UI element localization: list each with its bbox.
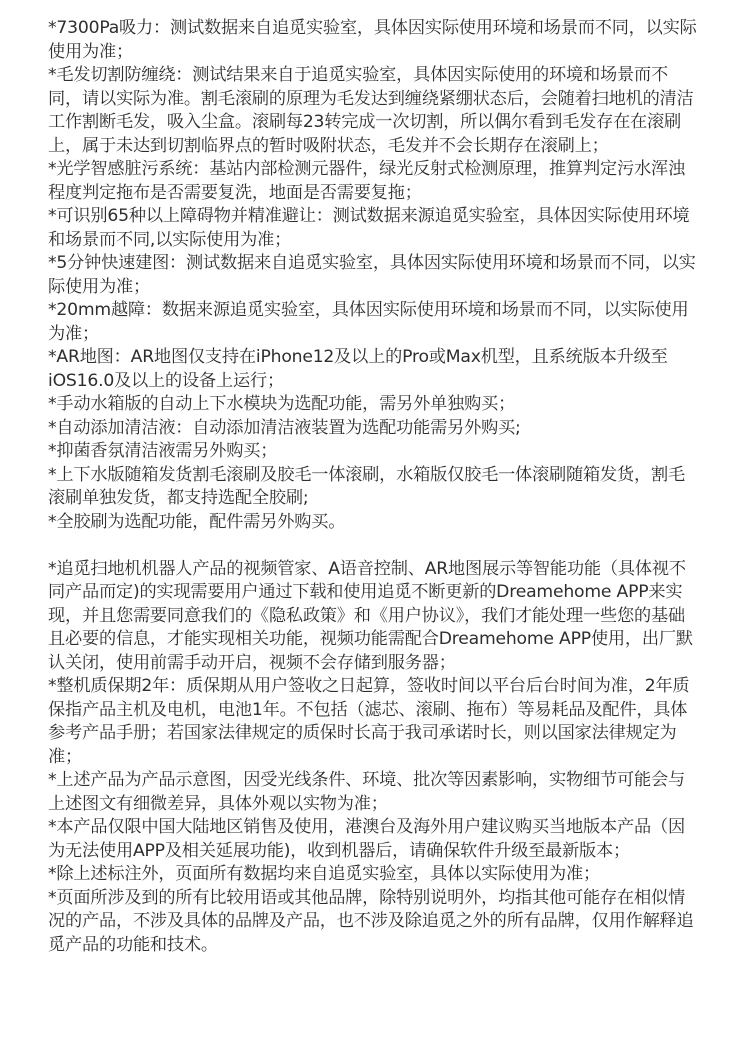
note-quick-mapping: *5分钟快速建图：测试数据来自追觅实验室，具体因实际使用环境和场景而不同，以实 … (48, 252, 708, 299)
legal-notes: *追觅扫地机机器人产品的视频管家、A语音控制、AR地图展示等智能功能（具体视不 … (48, 558, 708, 958)
note-auto-detergent: *自动添加清洁液：自动添加清洁液装置为选配功能需另外购买; (48, 417, 708, 441)
note-comparison-terms: *页面所涉及到的所有比较用语或其他品牌，除特别说明外，均指其他可能存在相似情 况… (48, 887, 708, 958)
note-warranty: *整机质保期2年：质保期从用户签收之日起算，签收时间以平台后台时间为准，2年质 … (48, 675, 708, 769)
note-brush-shipping: *上下水版随箱发货割毛滚刷及胶毛一体滚刷，水箱版仅胶毛一体滚刷随箱发货，割毛 滚… (48, 464, 708, 511)
note-obstacle-avoidance: *可识别65种以上障碍物并精准避让：测试数据来源追觅实验室，具体因实际使用环境 … (48, 205, 708, 252)
note-antibacterial-detergent: *抑菌香氛清洁液需另外购买； (48, 440, 708, 464)
note-suction: *7300Pa吸力：测试数据来自追觅实验室，具体因实际使用环境和场景而不同，以实… (48, 17, 708, 64)
note-smart-features-app: *追觅扫地机机器人产品的视频管家、A语音控制、AR地图展示等智能功能（具体视不 … (48, 558, 708, 676)
note-hair-cutting: *毛发切割防缠绕：测试结果来自于追觅实验室，具体因实际使用的环境和场景而不 同，… (48, 64, 708, 158)
note-water-module: *手动水箱版的自动上下水模块为选配功能，需另外单独购买； (48, 393, 708, 417)
note-product-images: *上述产品为产品示意图，因受光线条件、环境、批次等因素影响，实物细节可能会与 上… (48, 769, 708, 816)
note-data-source: *除上述标注外，页面所有数据均来自追觅实验室，具体以实际使用为准； (48, 863, 708, 887)
note-rubber-brush: *全胶刷为选配功能，配件需另外购买。 (48, 511, 708, 535)
note-ar-map: *AR地图：AR地图仅支持在iPhone12及以上的Pro或Max机型，且系统版… (48, 346, 708, 393)
note-obstacle-climbing: *20mm越障：数据来源追觅实验室，具体因实际使用环境和场景而不同，以实际使用 … (48, 299, 708, 346)
disclaimer-document: *7300Pa吸力：测试数据来自追觅实验室，具体因实际使用环境和场景而不同，以实… (48, 17, 708, 957)
note-optical-dirt-sensing: *光学智感脏污系统：基站内部检测元器件，绿光反射式检测原理，推算判定污水浑浊 程… (48, 158, 708, 205)
note-sales-region: *本产品仅限中国大陆地区销售及使用，港澳台及海外用户建议购买当地版本产品（因 为… (48, 816, 708, 863)
product-spec-notes: *7300Pa吸力：测试数据来自追觅实验室，具体因实际使用环境和场景而不同，以实… (48, 17, 708, 534)
